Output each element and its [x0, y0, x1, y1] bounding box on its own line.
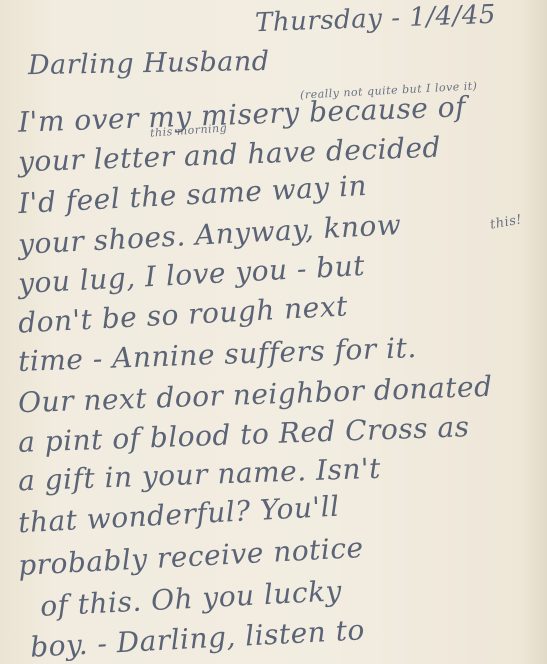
letter-line: probably receive notice — [17, 531, 364, 582]
letter-page: Thursday - 1/4/45 Darling Husband (reall… — [0, 0, 547, 664]
letter-line: a pint of blood to Red Cross as — [18, 410, 470, 459]
letter-line: your letter and have decided — [18, 131, 442, 179]
letter-line: of this. Oh you lucky — [39, 574, 342, 623]
letter-salutation: Darling Husband — [28, 46, 270, 81]
letter-line: that wonderful? You'll — [17, 490, 340, 540]
letter-line: time - Annine suffers for it. — [18, 331, 418, 378]
letter-margin-note: this! — [489, 212, 523, 232]
letter-date: Thursday - 1/4/45 — [255, 0, 497, 38]
